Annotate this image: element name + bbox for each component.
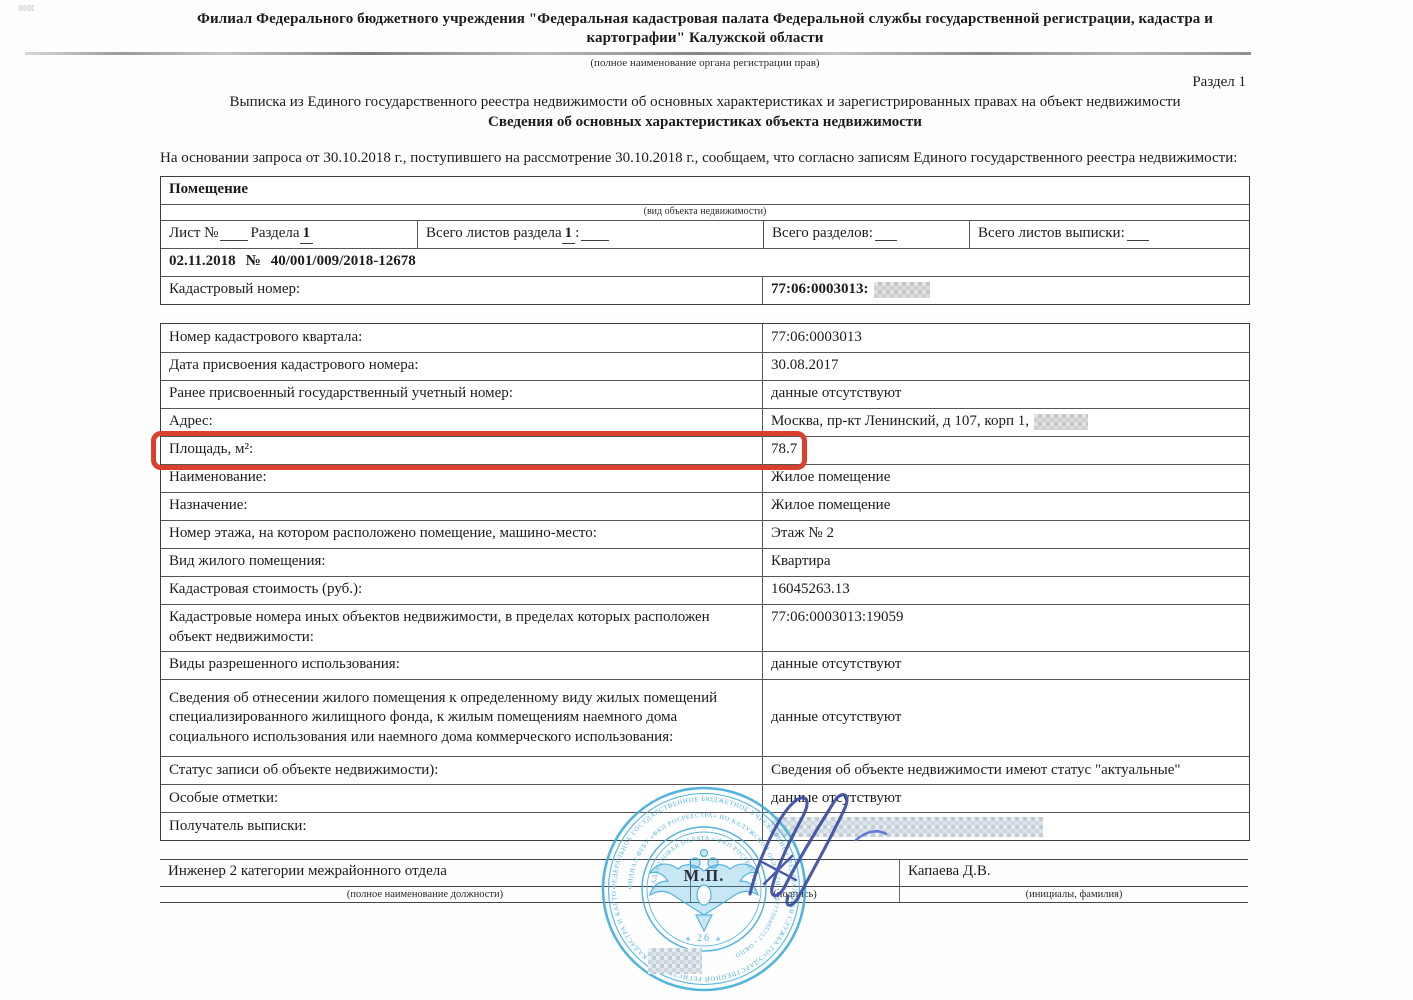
- row-label: Назначение:: [161, 493, 763, 520]
- blank-line: [581, 228, 609, 241]
- table-row: Кадастровый номер: 77:06:0003013:: [161, 276, 1249, 304]
- redacted-block: [874, 282, 930, 298]
- sheet-label: Всего разделов:: [772, 224, 873, 244]
- table-row: Помещение: [161, 177, 1249, 204]
- row-value: 77:06:0003013:19059: [763, 605, 1249, 651]
- object-kind-caption: (вид объекта недвижимости): [161, 205, 1249, 220]
- row-label: Виды разрешенного использования:: [161, 652, 763, 679]
- section-label: Раздел 1: [160, 74, 1250, 91]
- row-value: Жилое помещение: [763, 493, 1249, 520]
- sheet-label: Всего листов выписки:: [978, 224, 1125, 244]
- sheet-cell: Лист № Раздела 1: [161, 221, 417, 248]
- row-label: Наименование:: [161, 465, 763, 492]
- document-title: Выписка из Единого государственного реес…: [160, 93, 1250, 112]
- object-table: Помещение (вид объекта недвижимости) Лис…: [160, 176, 1250, 305]
- table-row: Дата присвоения кадастрового номера: 30.…: [161, 352, 1249, 380]
- row-value: данные отсутствуют: [763, 381, 1249, 408]
- table-row: Кадастровая стоимость (руб.): 16045263.1…: [161, 576, 1249, 604]
- row-label: Адрес:: [161, 409, 763, 436]
- sheet-cell: Всего листов раздела 1 :: [417, 221, 763, 248]
- details-table: Номер кадастрового квартала: 77:06:00030…: [160, 323, 1250, 842]
- row-label: Ранее присвоенный государственный учетны…: [161, 381, 763, 408]
- row-label: Дата присвоения кадастрового номера:: [161, 353, 763, 380]
- registration-number-cell: 02.11.2018 № 40/001/009/2018-12678: [161, 249, 424, 276]
- row-label: Сведения об отнесении жилого помещения к…: [161, 680, 763, 757]
- row-value: Жилое помещение: [763, 465, 1249, 492]
- table-row: Адрес: Москва, пр-кт Ленинский, д 107, к…: [161, 408, 1249, 436]
- table-row: Лист № Раздела 1 Всего листов раздела 1 …: [161, 220, 1249, 248]
- row-value: 30.08.2017: [763, 353, 1249, 380]
- sheet-label: :: [575, 224, 579, 244]
- name-caption: (инициалы, фамилия): [900, 887, 1248, 902]
- sheet-label: Лист №: [169, 224, 218, 244]
- row-label: Кадастровые номера иных объектов недвижи…: [161, 605, 763, 651]
- document-subtitle: Сведения об основных характеристиках объ…: [160, 113, 1250, 132]
- object-kind: Помещение: [161, 177, 256, 204]
- registration-number: 40/001/009/2018-12678: [271, 252, 416, 272]
- row-value: Москва, пр-кт Ленинский, д 107, корп 1,: [763, 409, 1249, 436]
- org-caption: (полное наименование органа регистрации …: [160, 57, 1250, 70]
- address-value: Москва, пр-кт Ленинский, д 107, корп 1,: [771, 412, 1029, 432]
- blank-line: [220, 228, 248, 241]
- row-value: 77:06:0003013:: [763, 277, 1249, 304]
- row-label: Кадастровый номер:: [161, 277, 763, 304]
- row-label: Вид жилого помещения:: [161, 549, 763, 576]
- row-label: Номер этажа, на котором расположено поме…: [161, 521, 763, 548]
- handwritten-signature: [732, 776, 902, 921]
- table-row: Кадастровые номера иных объектов недвижи…: [161, 604, 1249, 651]
- row-label: Площадь, м²:: [161, 437, 763, 464]
- intro-paragraph: На основании запроса от 30.10.2018 г., п…: [160, 148, 1242, 168]
- table-row-area: Площадь, м²: 78.7: [161, 436, 1249, 464]
- row-value: Этаж № 2: [763, 521, 1249, 548]
- table-row: Номер этажа, на котором расположено поме…: [161, 520, 1249, 548]
- registration-date: 02.11.2018: [169, 252, 236, 272]
- row-value: 78.7: [763, 437, 1249, 464]
- table-row: Номер кадастрового квартала: 77:06:00030…: [161, 324, 1249, 352]
- sheet-cell: Всего разделов:: [763, 221, 969, 248]
- table-row: Статус записи об объекте недвижимости): …: [161, 756, 1249, 784]
- table-row: Ранее присвоенный государственный учетны…: [161, 380, 1249, 408]
- table-row: Виды разрешенного использования: данные …: [161, 651, 1249, 679]
- redacted-block: [648, 948, 702, 974]
- blank-line: [1127, 228, 1149, 241]
- row-label: Номер кадастрового квартала:: [161, 324, 763, 352]
- cadastral-number: 77:06:0003013:: [771, 280, 869, 300]
- row-label: Статус записи об объекте недвижимости):: [161, 757, 763, 784]
- signer-name: Капаева Д.В.: [900, 860, 1248, 886]
- row-value: 77:06:0003013: [763, 324, 1249, 352]
- org-name: Филиал Федерального бюджетного учреждени…: [160, 10, 1250, 48]
- row-value: данные отсутствуют: [763, 652, 1249, 679]
- table-row: 02.11.2018 № 40/001/009/2018-12678: [161, 248, 1249, 276]
- document-content: Филиал Федерального бюджетного учреждени…: [160, 10, 1250, 903]
- sheet-number: 1: [562, 224, 576, 245]
- table-row: Вид жилого помещения: Квартира: [161, 548, 1249, 576]
- org-underline: [25, 52, 1251, 55]
- scan-noise: [18, 5, 34, 11]
- row-value: данные отсутствуют: [763, 680, 1249, 757]
- blank-line: [875, 228, 897, 241]
- row-label: Кадастровая стоимость (руб.):: [161, 577, 763, 604]
- sheet-label: Всего листов раздела: [426, 224, 562, 244]
- table-row: Наименование: Жилое помещение: [161, 464, 1249, 492]
- seal-number: ⁎ 26 ⁎: [686, 933, 723, 944]
- document-page: Филиал Федерального бюджетного учреждени…: [0, 0, 1413, 1000]
- seal-place-label: М.П.: [678, 866, 730, 886]
- sheet-label: Раздела: [250, 224, 299, 244]
- table-row: Сведения об отнесении жилого помещения к…: [161, 679, 1249, 757]
- number-sign: №: [246, 252, 261, 272]
- table-row: (вид объекта недвижимости): [161, 204, 1249, 220]
- table-row: Назначение: Жилое помещение: [161, 492, 1249, 520]
- redacted-block: [1034, 414, 1088, 430]
- sheet-number: 1: [300, 224, 314, 245]
- row-value: 16045263.13: [763, 577, 1249, 604]
- sheet-cell: Всего листов выписки:: [969, 221, 1249, 248]
- row-value: Квартира: [763, 549, 1249, 576]
